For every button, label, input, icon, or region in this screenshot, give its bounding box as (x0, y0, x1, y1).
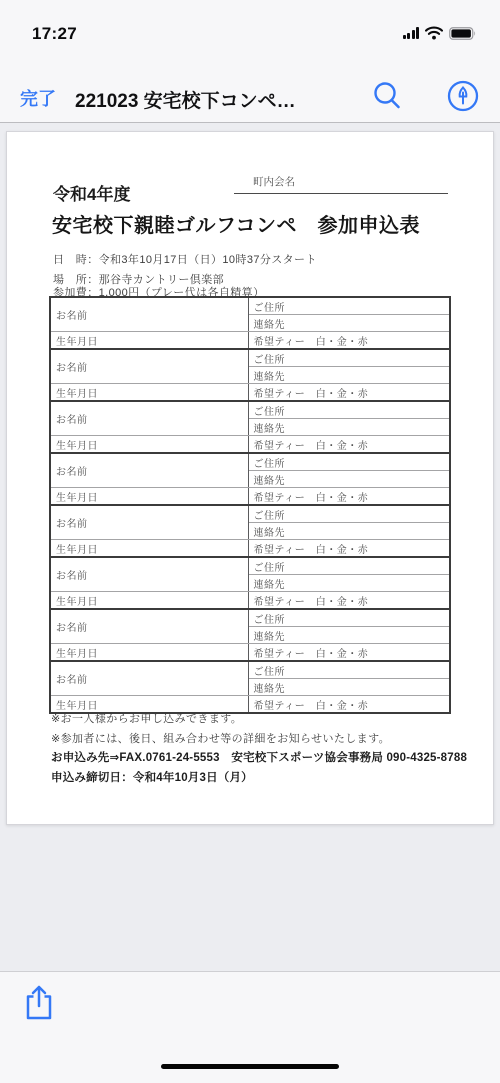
tee-cell: 希望ティー 白・金・赤 (248, 384, 450, 402)
tee-cell: 希望ティー 白・金・赤 (248, 644, 450, 662)
birthdate-cell: 生年月日 (50, 384, 248, 402)
birthdate-cell: 生年月日 (50, 540, 248, 558)
status-bar-time: 17:27 (32, 24, 77, 44)
deadline-line: 申込み締切日：令和4年10月3日（月） (51, 769, 253, 785)
contact-cell: 連絡先 (248, 523, 450, 540)
document-viewer[interactable]: 令和4年度 町内会名 安宅校下親睦ゴルフコンペ 参加申込表 日 時：令和3年10… (0, 124, 500, 971)
contact-cell: 連絡先 (248, 679, 450, 696)
address-cell: ご住所 (248, 609, 450, 627)
markup-icon[interactable] (446, 79, 480, 113)
town-association-fill-line (234, 193, 448, 194)
birthdate-cell: 生年月日 (50, 332, 248, 350)
event-datetime: 日 時：令和3年10月17日（日）10時37分スタート (53, 251, 317, 267)
contact-cell: 連絡先 (248, 575, 450, 592)
contact-cell: 連絡先 (248, 627, 450, 644)
applicant-block: お名前 ご住所 連絡先 生年月日 希望ティー 白・金・赤 (50, 297, 450, 349)
share-button[interactable] (24, 984, 54, 1022)
name-cell: お名前 (50, 661, 248, 696)
contact-cell: 連絡先 (248, 315, 450, 332)
applicant-block: お名前 ご住所 連絡先 生年月日 希望ティー 白・金・赤 (50, 609, 450, 661)
applicant-block: お名前 ご住所 連絡先 生年月日 希望ティー 白・金・赤 (50, 401, 450, 453)
applicant-block: お名前 ご住所 連絡先 生年月日 希望ティー 白・金・赤 (50, 557, 450, 609)
name-cell: お名前 (50, 297, 248, 332)
address-cell: ご住所 (248, 349, 450, 367)
contact-cell: 連絡先 (248, 471, 450, 488)
address-cell: ご住所 (248, 297, 450, 315)
name-cell: お名前 (50, 557, 248, 592)
address-cell: ご住所 (248, 557, 450, 575)
application-table: お名前 ご住所 連絡先 生年月日 希望ティー 白・金・赤 お名前 ご住所 連絡先… (49, 296, 451, 714)
battery-icon (449, 27, 476, 40)
top-chrome: 17:27 完了 221023 安宅校下コンペ… (0, 0, 500, 123)
name-cell: お名前 (50, 609, 248, 644)
birthdate-cell: 生年月日 (50, 644, 248, 662)
applicant-block: お名前 ご住所 連絡先 生年月日 希望ティー 白・金・赤 (50, 453, 450, 505)
applicant-block: お名前 ご住所 連絡先 生年月日 希望ティー 白・金・赤 (50, 661, 450, 713)
address-cell: ご住所 (248, 401, 450, 419)
address-cell: ご住所 (248, 505, 450, 523)
applicant-block: お名前 ご住所 連絡先 生年月日 希望ティー 白・金・赤 (50, 349, 450, 401)
cellular-signal-icon (403, 27, 420, 39)
town-association-label: 町内会名 (253, 174, 295, 189)
note-single-application: ※お一人様からお申し込みできます。 (51, 710, 242, 726)
note-details-later: ※参加者には、後日、組み合わせ等の詳細をお知らせいたします。 (51, 730, 390, 746)
name-cell: お名前 (50, 453, 248, 488)
tee-cell: 希望ティー 白・金・赤 (248, 540, 450, 558)
contact-cell: 連絡先 (248, 419, 450, 436)
done-button[interactable]: 完了 (20, 85, 56, 111)
search-icon[interactable] (370, 79, 404, 113)
birthdate-cell: 生年月日 (50, 436, 248, 454)
tee-cell: 希望ティー 白・金・赤 (248, 696, 450, 714)
address-cell: ご住所 (248, 661, 450, 679)
address-cell: ご住所 (248, 453, 450, 471)
name-cell: お名前 (50, 505, 248, 540)
pdf-page: 令和4年度 町内会名 安宅校下親睦ゴルフコンペ 参加申込表 日 時：令和3年10… (6, 131, 494, 825)
tee-cell: 希望ティー 白・金・赤 (248, 436, 450, 454)
applicant-block: お名前 ご住所 連絡先 生年月日 希望ティー 白・金・赤 (50, 505, 450, 557)
tee-cell: 希望ティー 白・金・赤 (248, 332, 450, 350)
tee-cell: 希望ティー 白・金・赤 (248, 592, 450, 610)
document-main-title: 安宅校下親睦ゴルフコンペ 参加申込表 (52, 209, 420, 238)
name-cell: お名前 (50, 349, 248, 384)
fax-contact-line: お申込み先⇒FAX.0761-24-5553 安宅校下スポーツ協会事務局 090… (51, 749, 467, 765)
fiscal-year-heading: 令和4年度 (53, 180, 130, 205)
birthdate-cell: 生年月日 (50, 488, 248, 506)
status-bar-icons (403, 26, 477, 40)
document-title-nav: 221023 安宅校下コンペ… (75, 86, 345, 113)
wifi-icon (425, 26, 443, 40)
name-cell: お名前 (50, 401, 248, 436)
birthdate-cell: 生年月日 (50, 592, 248, 610)
contact-cell: 連絡先 (248, 367, 450, 384)
tee-cell: 希望ティー 白・金・赤 (248, 488, 450, 506)
home-indicator[interactable] (161, 1064, 339, 1069)
